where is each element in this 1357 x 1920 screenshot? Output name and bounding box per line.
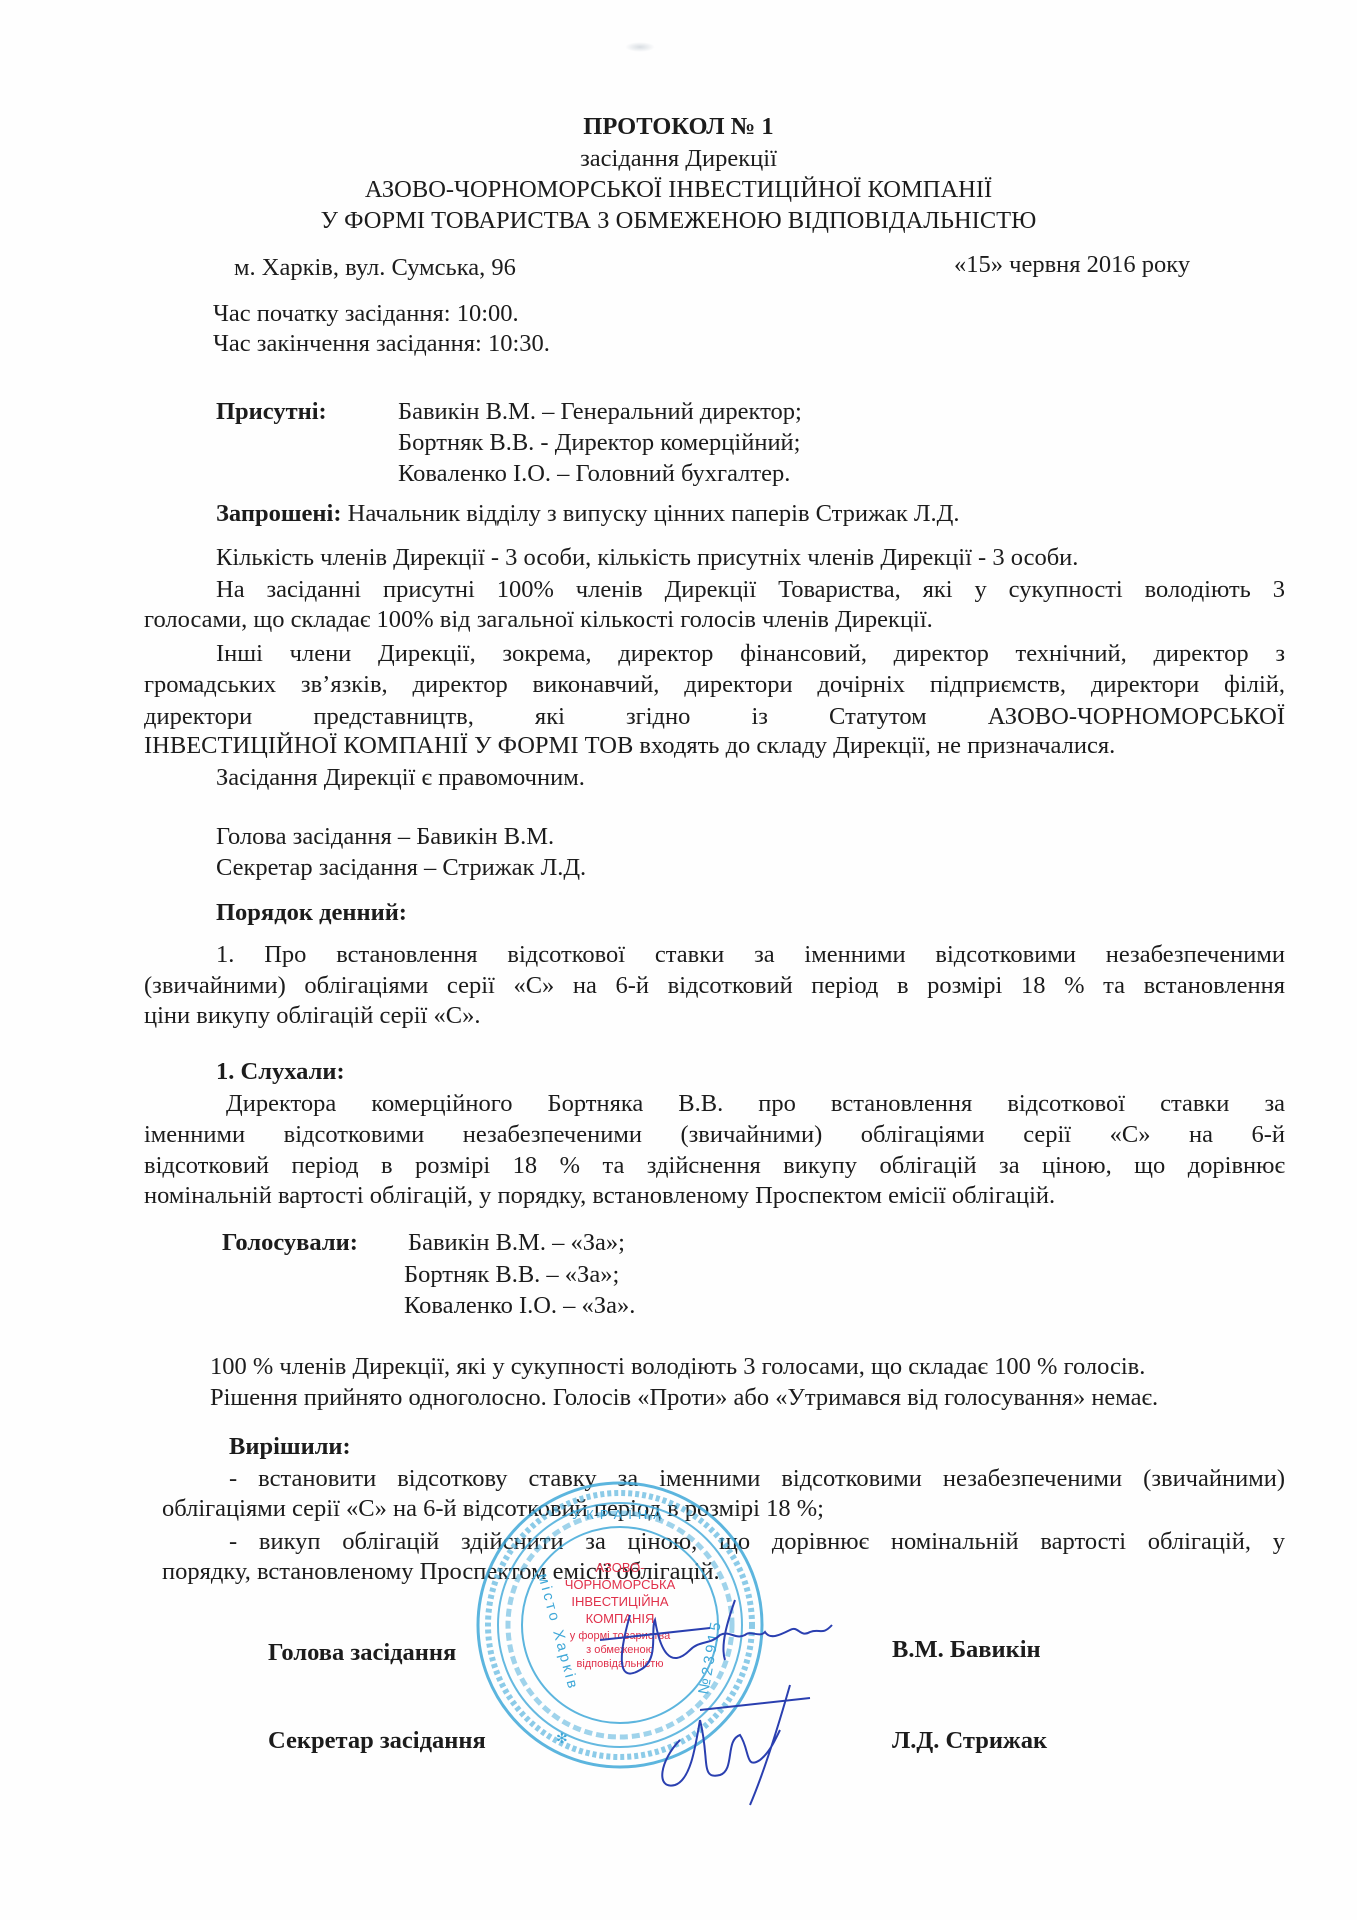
chair-signature-name: В.М. Бавикін (892, 1635, 1041, 1665)
stamp-center-line: АЗОВО- (595, 1560, 644, 1575)
quorum-count: Кількість членів Дирекції - 3 особи, кіл… (216, 543, 1078, 573)
secretary-line: Секретар засідання – Стрижак Л.Д. (216, 853, 586, 883)
vote-entry: Бортняк В.В. – «За»; (404, 1260, 619, 1290)
result-line: 100 % членів Дирекції, які у сукупності … (210, 1352, 1145, 1382)
agenda-item-line: (звичайними) облігаціями серії «С» на 6-… (144, 970, 1285, 1001)
agenda-item-line: ціни викупу облігацій серії «С». (144, 1001, 480, 1031)
voted-label: Голосували: (222, 1228, 358, 1258)
present-label: Присутні: (216, 397, 327, 427)
document-subtitle: засідання Дирекції (0, 144, 1357, 174)
snowflake-icon: ✻ (556, 1732, 568, 1747)
quorum-paragraph-line: голосами, що складає 100% від загальної … (144, 605, 933, 635)
heard-paragraph-line: Директора комерційного Бортняка В.В. про… (226, 1088, 1285, 1119)
secretary-signature-icon (640, 1680, 820, 1810)
heard-label: 1. Слухали: (216, 1057, 345, 1087)
heard-paragraph-line: іменними відсотковими незабезпеченими (з… (144, 1119, 1285, 1150)
meeting-date: «15» червня 2016 року (954, 250, 1190, 280)
invited-line: Запрошені: Начальник відділу з випуску ц… (216, 499, 959, 529)
secretary-signature-label: Секретар засідання (268, 1726, 486, 1756)
company-name-line1: АЗОВО-ЧОРНОМОРСЬКОЇ ІНВЕСТИЦІЙНОЇ КОМПАН… (0, 175, 1357, 205)
quorum-valid: Засідання Дирекції є правомочним. (216, 763, 585, 793)
scan-artifact (625, 42, 655, 52)
document-title: ПРОТОКОЛ № 1 (0, 112, 1357, 142)
vote-entry: Коваленко І.О. – «За». (404, 1291, 635, 1321)
present-member: Коваленко І.О. – Головний бухгалтер. (398, 459, 790, 489)
invited-label: Запрошені: (216, 500, 342, 527)
secretary-signature-name: Л.Д. Стрижак (892, 1726, 1047, 1756)
result-line: Рішення прийнято одноголосно. Голосів «П… (210, 1383, 1158, 1413)
stamp-ring-top: УКРАЇНА (572, 1507, 668, 1522)
time-start: Час початку засідання: 10:00. (213, 299, 519, 329)
agenda-item-line: 1. Про встановлення відсоткової ставки з… (216, 939, 1285, 970)
heard-paragraph-line: номінальній вартості облігацій, у порядк… (144, 1181, 1055, 1211)
chair-signature-label: Голова засідання (268, 1638, 456, 1668)
others-paragraph-line: директори представництв, які згідно із С… (144, 701, 1285, 732)
meeting-place: м. Харків, вул. Сумська, 96 (234, 253, 516, 283)
document-page: ПРОТОКОЛ № 1 засідання Дирекції АЗОВО-ЧО… (0, 0, 1357, 1920)
quorum-paragraph-line: На засіданні присутні 100% членів Дирекц… (216, 574, 1285, 605)
chair-line: Голова засідання – Бавикін В.М. (216, 822, 554, 852)
others-paragraph-line: громадських зв’язків, директор виконавчи… (144, 669, 1285, 700)
others-paragraph-line: ІНВЕСТИЦІЙНОЇ КОМПАНІЇ У ФОРМІ ТОВ входя… (144, 731, 1115, 761)
invited-text: Начальник відділу з випуску цінних папер… (348, 500, 960, 527)
others-paragraph-line: Інші члени Дирекції, зокрема, директор ф… (216, 638, 1285, 669)
time-end: Час закінчення засідання: 10:30. (213, 329, 550, 359)
present-member: Бортняк В.В. - Директор комерційний; (398, 428, 800, 458)
agenda-label: Порядок денний: (216, 898, 407, 928)
heard-paragraph-line: відсотковий період в розмірі 18 % та зді… (144, 1150, 1285, 1181)
company-name-line2: У ФОРМІ ТОВАРИСТВА З ОБМЕЖЕНОЮ ВІДПОВІДА… (0, 206, 1357, 236)
present-member: Бавикін В.М. – Генеральний директор; (398, 397, 802, 427)
vote-entry: Бавикін В.М. – «За»; (408, 1228, 625, 1258)
decided-label: Вирішили: (229, 1432, 351, 1462)
